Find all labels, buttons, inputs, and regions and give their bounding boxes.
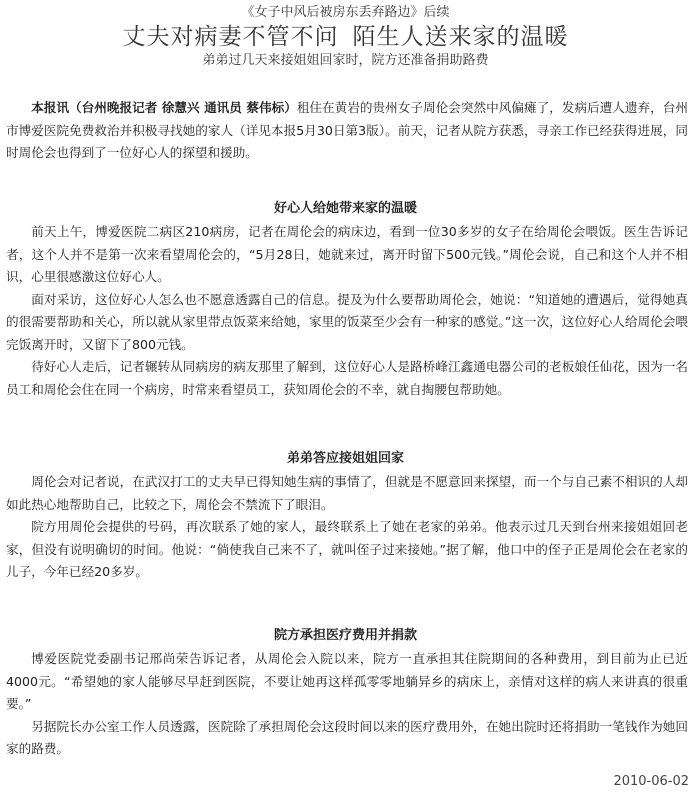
section-body: 周伦会对记者说，在武汉打工的丈夫早已得知她生病的事情了，但就是不愿意回来探望，而… xyxy=(6,471,688,584)
paragraph: 院方用周伦会提供的号码，再次联系了她的家人，最终联系上了她在老家的弟弟。他表示过… xyxy=(6,516,688,584)
section-title: 院方承担医疗费用并捐款 xyxy=(0,626,691,646)
lead-paragraph: 本报讯（台州晚报记者 徐慧兴 通讯员 蔡伟标）租住在黄岩的贵州女子周伦会突然中风… xyxy=(6,97,688,165)
headline-part-1: 丈夫对病妻不管不问 xyxy=(123,24,339,50)
paragraph: 另据院长办公室工作人员透露，医院除了承担周伦会这段时间以来的医疗费用外，在她出院… xyxy=(6,716,688,761)
section-title: 弟弟答应接姐姐回家 xyxy=(0,449,691,469)
publish-date: 2010-06-02 xyxy=(613,773,689,791)
section-title: 好心人给她带来家的温暖 xyxy=(0,199,691,219)
section-body: 博爱医院党委副书记邢尚荣告诉记者，从周伦会入院以来，院方一直承担其住院期间的各种… xyxy=(6,648,688,761)
section-body: 前天上午，博爱医院二病区210病房，记者在周伦会的病床边，看到一位30多岁的女子… xyxy=(6,221,688,401)
paragraph: 博爱医院党委副书记邢尚荣告诉记者，从周伦会入院以来，院方一直承担其住院期间的各种… xyxy=(6,648,688,716)
paragraph: 前天上午，博爱医院二病区210病房，记者在周伦会的病床边，看到一位30多岁的女子… xyxy=(6,221,688,289)
paragraph: 待好心人走后，记者辗转从同病房的病友那里了解到，这位好心人是路桥峰江鑫通电器公司… xyxy=(6,356,688,401)
article-headline: 丈夫对病妻不管不问陌生人送来家的温暖 xyxy=(0,22,691,52)
paragraph: 周伦会对记者说，在武汉打工的丈夫早已得知她生病的事情了，但就是不愿意回来探望，而… xyxy=(6,471,688,516)
article-kicker: 《女子中风后被房东丢弃路边》后续 xyxy=(0,4,691,22)
article-page: 《女子中风后被房东丢弃路边》后续 丈夫对病妻不管不问陌生人送来家的温暖 弟弟过几… xyxy=(0,0,691,794)
paragraph: 面对采访，这位好心人怎么也不愿意透露自己的信息。提及为什么要帮助周伦会，她说：“… xyxy=(6,289,688,357)
headline-part-2: 陌生人送来家的温暖 xyxy=(353,24,569,50)
article-subhead: 弟弟过几天来接姐姐回家时，院方还准备捐助路费 xyxy=(0,52,691,70)
byline: 本报讯（台州晚报记者 徐慧兴 通讯员 蔡伟标） xyxy=(31,100,297,115)
